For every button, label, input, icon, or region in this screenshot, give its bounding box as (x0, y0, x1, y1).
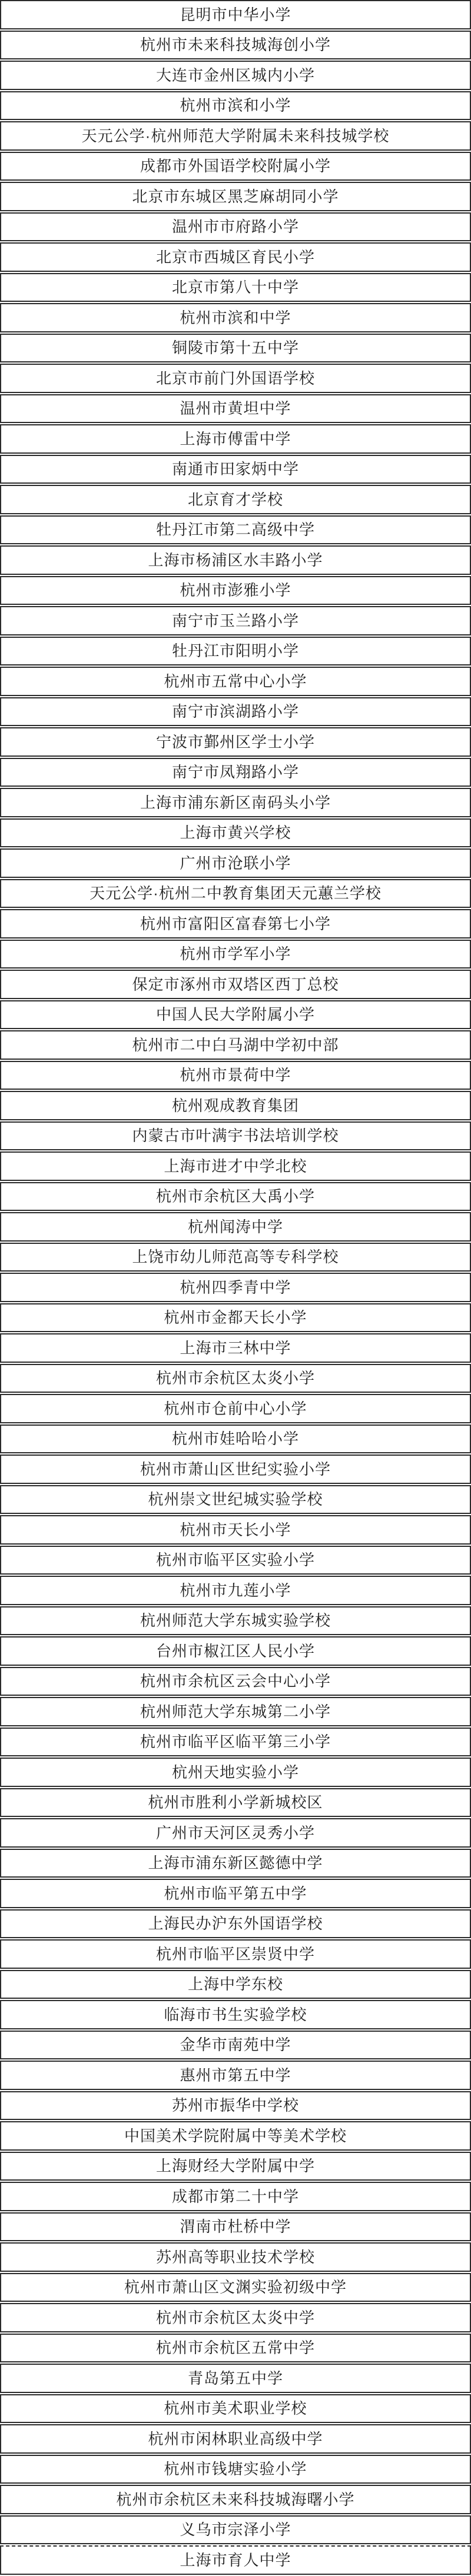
school-row: 杭州市富阳区富春第七小学 (0, 909, 471, 938)
school-row: 金华市南苑中学 (0, 2031, 471, 2060)
school-row: 杭州市余杭区太炎小学 (0, 1364, 471, 1393)
school-row: 杭州市学军小学 (0, 940, 471, 969)
school-row: 广州市天河区灵秀小学 (0, 1818, 471, 1848)
school-row: 杭州市天长小学 (0, 1515, 471, 1545)
school-row: 成都市第二十中学 (0, 2182, 471, 2211)
school-row: 上海市浦东新区懿德中学 (0, 1849, 471, 1878)
school-row: 杭州天地实验小学 (0, 1758, 471, 1787)
school-row: 天元公学·杭州师范大学附属未来科技城学校 (0, 121, 471, 151)
school-row: 杭州市临平区崇贤中学 (0, 1939, 471, 1969)
school-row: 杭州市滨和中学 (0, 303, 471, 332)
school-row: 中国美术学院附属中等美术学校 (0, 2121, 471, 2151)
school-row: 成都市外国语学校附属小学 (0, 152, 471, 181)
school-row: 北京育才学校 (0, 485, 471, 514)
school-row: 杭州市澎雅小学 (0, 576, 471, 605)
school-row: 天元公学·杭州二中教育集团天元蕙兰学校 (0, 879, 471, 908)
school-row: 上海市育人中学 (0, 2545, 471, 2575)
school-row: 义乌市宗泽小学 (0, 2515, 471, 2545)
school-row: 杭州市钱塘实验小学 (0, 2455, 471, 2484)
school-row: 杭州市临平第五中学 (0, 1879, 471, 1908)
school-row: 渭南市杜桥中学 (0, 2212, 471, 2242)
school-row: 杭州师范大学东城实验学校 (0, 1606, 471, 1636)
school-row: 杭州市滨和小学 (0, 91, 471, 121)
school-row: 昆明市中华小学 (0, 0, 471, 29)
school-row: 杭州市余杭区大禹小学 (0, 1182, 471, 1212)
school-row: 铜陵市第十五中学 (0, 334, 471, 363)
school-row: 杭州师范大学东城第二小学 (0, 1697, 471, 1726)
school-row: 杭州市萧山区文渊实验初级中学 (0, 2273, 471, 2302)
school-row: 中国人民大学附属小学 (0, 1000, 471, 1030)
school-row: 杭州市临平区临平第三小学 (0, 1728, 471, 1757)
school-row: 南通市田家炳中学 (0, 455, 471, 484)
school-row: 上海市三林中学 (0, 1333, 471, 1363)
school-row: 临海市书生实验学校 (0, 2000, 471, 2029)
school-row: 北京市前门外国语学校 (0, 364, 471, 393)
school-row: 杭州市余杭区未来科技城海曙小学 (0, 2485, 471, 2514)
school-list-table: 昆明市中华小学杭州市未来科技城海创小学大连市金州区城内小学杭州市滨和小学天元公学… (0, 0, 471, 2575)
school-row: 杭州市余杭区太炎中学 (0, 2303, 471, 2332)
school-row: 上海市傅雷中学 (0, 424, 471, 454)
school-row: 上海财经大学附属中学 (0, 2152, 471, 2181)
school-row: 北京市第八十中学 (0, 273, 471, 302)
school-row: 上海民办沪东外国语学校 (0, 1909, 471, 1939)
school-row: 杭州市九莲小学 (0, 1576, 471, 1605)
school-row: 保定市涿州市双塔区西丁总校 (0, 970, 471, 999)
school-row: 杭州市美术职业学校 (0, 2394, 471, 2424)
school-row: 苏州高等职业技术学校 (0, 2242, 471, 2272)
school-row: 上海市杨浦区水丰路小学 (0, 545, 471, 575)
school-row: 杭州市金都天长小学 (0, 1303, 471, 1333)
school-row: 杭州闻涛中学 (0, 1212, 471, 1242)
school-row: 杭州市闲林职业高级中学 (0, 2424, 471, 2454)
school-row: 杭州市胜利小学新城校区 (0, 1788, 471, 1818)
school-row: 杭州崇文世纪城实验学校 (0, 1485, 471, 1515)
school-row: 北京市西城区育民小学 (0, 242, 471, 272)
school-row: 杭州市仓前中心小学 (0, 1394, 471, 1423)
school-row: 杭州市未来科技城海创小学 (0, 31, 471, 60)
school-row: 温州市黄坦中学 (0, 394, 471, 424)
school-row: 上海市浦东新区南码头小学 (0, 788, 471, 817)
school-row: 杭州观成教育集团 (0, 1091, 471, 1120)
school-row: 台州市椒江区人民小学 (0, 1636, 471, 1666)
school-row: 牡丹江市第二高级中学 (0, 515, 471, 545)
school-row: 杭州市五常中心小学 (0, 667, 471, 696)
school-row: 杭州市娃哈哈小学 (0, 1425, 471, 1454)
school-row: 上海市黄兴学校 (0, 818, 471, 848)
school-row: 牡丹江市阳明小学 (0, 637, 471, 666)
school-row: 宁波市鄞州区学士小学 (0, 727, 471, 757)
school-row: 杭州市余杭区云会中心小学 (0, 1667, 471, 1696)
school-row: 上饶市幼儿师范高等专科学校 (0, 1243, 471, 1272)
school-row: 南宁市玉兰路小学 (0, 606, 471, 635)
school-row: 杭州市二中白马湖中学初中部 (0, 1030, 471, 1060)
school-row: 南宁市凤翔路小学 (0, 758, 471, 787)
school-row: 温州市市府路小学 (0, 212, 471, 242)
school-row: 南宁市滨湖路小学 (0, 697, 471, 727)
school-row: 惠州市第五中学 (0, 2061, 471, 2090)
school-row: 杭州市萧山区世纪实验小学 (0, 1455, 471, 1484)
school-row: 内蒙古市叶满宇书法培训学校 (0, 1121, 471, 1151)
school-row: 苏州市振华中学校 (0, 2091, 471, 2121)
school-row: 广州市沧联小学 (0, 848, 471, 878)
school-row: 上海市进才中学北校 (0, 1151, 471, 1181)
school-row: 上海中学东校 (0, 1970, 471, 1999)
school-row: 大连市金州区城内小学 (0, 61, 471, 90)
school-row: 北京市东城区黑芝麻胡同小学 (0, 182, 471, 211)
school-row: 青岛第五中学 (0, 2364, 471, 2393)
school-row: 杭州市余杭区五常中学 (0, 2334, 471, 2363)
school-row: 杭州市临平区实验小学 (0, 1546, 471, 1575)
school-row: 杭州市景荷中学 (0, 1061, 471, 1090)
school-row: 杭州四季青中学 (0, 1273, 471, 1302)
